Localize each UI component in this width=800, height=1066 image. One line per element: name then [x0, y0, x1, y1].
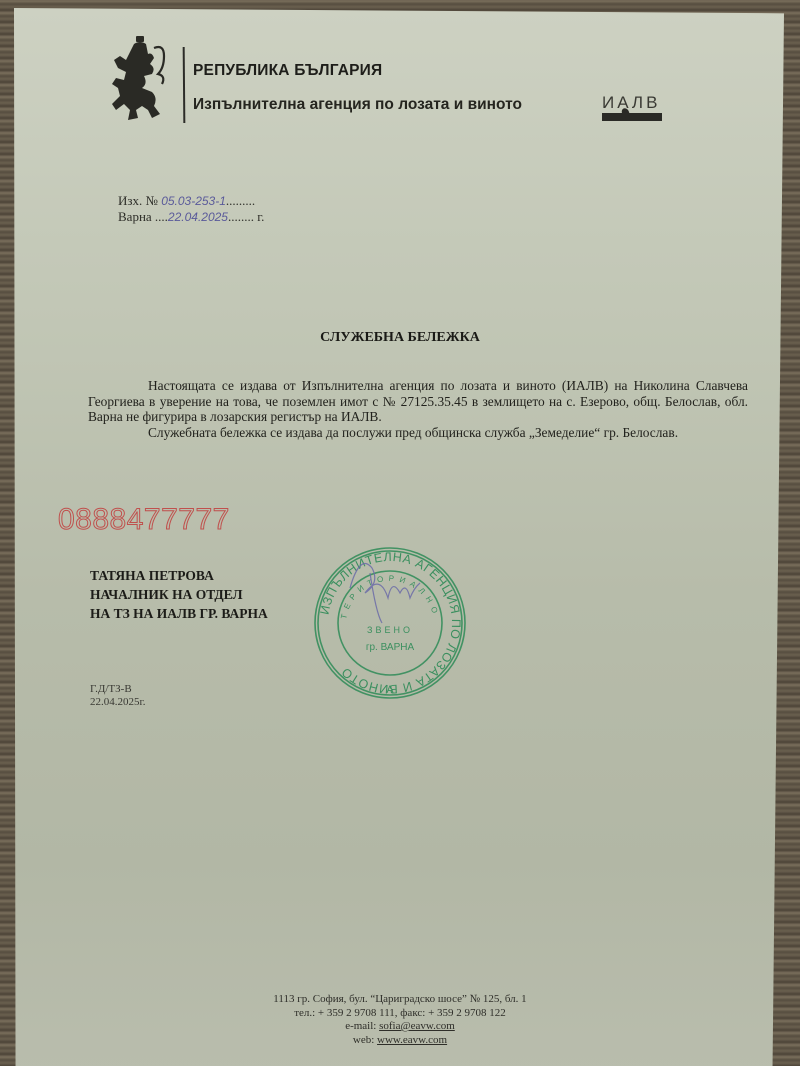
signatory-unit: НА ТЗ НА ИАЛВ ГР. ВАРНА — [90, 604, 268, 623]
stamp-bottom-mark: А — [386, 684, 394, 696]
document-code: Г.Д/ТЗ-В 22.04.2025г. — [90, 683, 146, 709]
department-code: Г.Д/ТЗ-В — [90, 683, 146, 696]
issue-place-date: Варна ....22.04.2025........ г. — [118, 209, 264, 225]
footer-web-line: web: www.eavw.com — [0, 1034, 800, 1048]
signatory-position: НАЧАЛНИК НА ОТДЕЛ — [90, 585, 268, 604]
phone-watermark: 0888477777 — [58, 503, 230, 537]
footer-address: 1113 гр. София, бул. “Цариградско шосе” … — [0, 993, 800, 1007]
city-label: Варна .... — [118, 209, 168, 224]
agency-heading: Изпълнителна агенция по лозата и виното — [193, 96, 522, 114]
agency-logo-bar — [602, 113, 662, 121]
stamp-arc-text: ТЕРИТОРИАЛНО — [339, 574, 440, 620]
outgoing-label: Изх. № — [118, 193, 158, 208]
year-suffix: г. — [257, 209, 264, 224]
outgoing-number: Изх. № 05.03-253-1......... — [118, 193, 255, 209]
stamp-center-line2: гр. ВАРНА — [366, 642, 415, 653]
footer-phones: тел.: + 359 2 9708 111, факс: + 359 2 97… — [0, 1007, 800, 1021]
issue-date-value: 22.04.2025 — [168, 210, 228, 224]
outgoing-number-value: 05.03-253-1 — [161, 194, 226, 208]
document-title: СЛУЖЕБНА БЕЛЕЖКА — [0, 330, 800, 346]
signatory-name: ТАТЯНА ПЕТРОВА — [90, 566, 268, 585]
paper-sheet — [14, 8, 784, 1066]
country-heading: РЕПУБЛИКА БЪЛГАРИЯ — [193, 62, 382, 80]
signatory-block: ТАТЯНА ПЕТРОВА НАЧАЛНИК НА ОТДЕЛ НА ТЗ Н… — [90, 566, 268, 623]
email-link[interactable]: sofia@eavw.com — [379, 1020, 455, 1032]
document-body: Настоящата се издава от Изпълнителна аге… — [88, 378, 748, 440]
date-dots: ........ — [228, 209, 254, 224]
footer-email-line: e-mail: sofia@eavw.com — [0, 1020, 800, 1034]
document-date: 22.04.2025г. — [90, 696, 146, 709]
web-link[interactable]: www.eavw.com — [377, 1034, 447, 1046]
email-label: e-mail: — [345, 1020, 376, 1032]
web-label: web: — [353, 1034, 374, 1046]
body-paragraph: Настоящата се издава от Изпълнителна аге… — [88, 378, 748, 425]
body-paragraph: Служебната бележка се издава да послужи … — [88, 425, 748, 441]
outgoing-dots: ......... — [226, 193, 255, 208]
official-stamp: ИЗПЪЛНИТЕЛНА АГЕНЦИЯ ПО ЛОЗАТА И ВИНОТО … — [310, 543, 470, 703]
agency-logo-text: ИАЛВ — [602, 93, 660, 113]
bulgarian-lion-crest-icon — [108, 34, 170, 124]
svg-text:ТЕРИТОРИАЛНО: ТЕРИТОРИАЛНО — [339, 574, 440, 620]
footer-contacts: 1113 гр. София, бул. “Цариградско шосе” … — [0, 993, 800, 1047]
stamp-center-line1: ЗВЕНО — [367, 625, 413, 635]
